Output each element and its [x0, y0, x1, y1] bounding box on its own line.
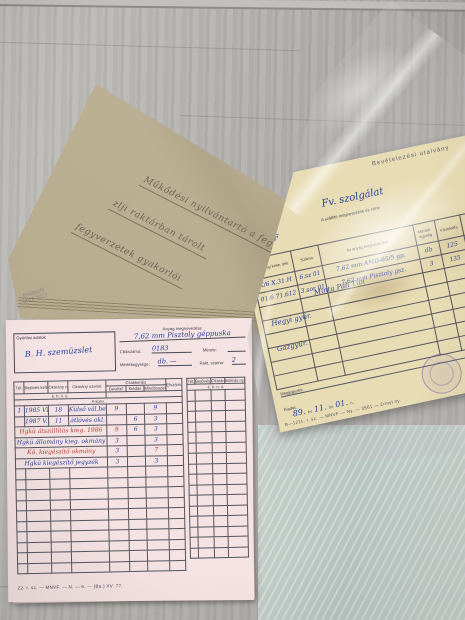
pink-form-header: Anyag megnevezése 7,62 mm Pisztoly géppu… [119, 325, 246, 368]
cell [190, 516, 198, 527]
cell [128, 498, 146, 509]
cell [196, 432, 212, 443]
issuer-box-label: Gyártási adatok [16, 335, 45, 341]
cell [51, 541, 71, 552]
cell [108, 488, 128, 499]
cell: 6 [126, 414, 144, 425]
cell [169, 539, 185, 550]
cell [16, 479, 26, 490]
table-row [18, 560, 186, 574]
cell [198, 516, 214, 527]
cell [196, 421, 212, 432]
cell [212, 432, 226, 443]
cell [212, 442, 226, 453]
cell [189, 474, 197, 485]
cell [227, 484, 247, 495]
cell [168, 476, 184, 487]
cell [129, 540, 147, 551]
cell: 9 [144, 403, 166, 414]
cell [168, 465, 184, 476]
cell [214, 536, 228, 547]
cell: 1987 V.17. [25, 416, 49, 427]
pink-right-table: Tét. Bejövés kelte Okmány napló Előírás … [186, 377, 249, 559]
cell [26, 510, 50, 521]
cell [170, 560, 186, 571]
cell [189, 485, 197, 496]
cell [197, 505, 213, 516]
cell [167, 413, 183, 424]
cell [106, 414, 126, 425]
cell [72, 561, 110, 572]
cell [17, 521, 27, 532]
cell [228, 547, 248, 558]
round-stamp-inner-ring [427, 359, 455, 387]
cell [227, 473, 247, 484]
cell [127, 445, 145, 456]
cell [26, 468, 50, 479]
cell [128, 508, 146, 519]
cell [190, 537, 198, 548]
cell [195, 390, 211, 401]
cell [166, 402, 182, 413]
cell [189, 506, 197, 517]
cell [16, 500, 26, 511]
cell [213, 484, 227, 495]
col-header: Bejövés kelte [24, 381, 48, 393]
table-row [190, 547, 248, 559]
cell [226, 452, 246, 463]
code-label: Cikkszáma: [120, 349, 142, 354]
cell [108, 509, 128, 520]
cell [167, 423, 183, 434]
cell [197, 495, 213, 506]
col-header: Mindösszesen [144, 385, 166, 391]
cell [190, 527, 198, 538]
cell [16, 511, 26, 522]
cell [227, 463, 247, 474]
cell [109, 519, 129, 530]
cell [110, 561, 130, 572]
cell [214, 526, 228, 537]
cell: 9 [106, 404, 126, 415]
cell [128, 466, 146, 477]
cell [168, 497, 184, 508]
cell [50, 510, 70, 521]
cell [211, 390, 225, 401]
cell [26, 500, 50, 511]
cell [228, 536, 248, 547]
cell [108, 498, 128, 509]
cell [214, 515, 228, 526]
cell [167, 444, 183, 455]
cell: 1985 VI.24. [24, 405, 48, 416]
cell [109, 551, 129, 562]
cell [27, 531, 51, 542]
cell [225, 389, 245, 400]
cell [197, 463, 213, 474]
cell: 1 [14, 406, 24, 417]
col-header: Tét. [14, 382, 24, 394]
cell [167, 455, 183, 466]
cell [70, 498, 108, 509]
cell: 6 [127, 424, 145, 435]
cell [225, 410, 245, 421]
issuer-box: Gyártási adatok B. H. szemüzslet [13, 331, 116, 373]
cell: 3 [145, 455, 167, 466]
cell [128, 477, 146, 488]
shelf-handwriting: 2 [232, 356, 246, 365]
cell [108, 477, 128, 488]
cell [109, 530, 129, 541]
cell [108, 467, 128, 478]
cell [50, 468, 70, 479]
cell: 3 [144, 413, 166, 424]
cell [28, 563, 52, 574]
cell: 3 [145, 424, 167, 435]
cell [189, 464, 197, 475]
cell [51, 520, 71, 531]
cell [195, 400, 211, 411]
cell [70, 477, 108, 488]
cell [27, 552, 51, 563]
cell: 3 [107, 446, 127, 457]
col-header: Bejövés kelte [195, 378, 211, 384]
cell [188, 443, 196, 454]
date-day-label: n. [350, 400, 354, 406]
floor-grain-line [0, 42, 300, 51]
cell [50, 489, 70, 500]
cell [147, 518, 169, 529]
col-header: Okmány szerint [68, 380, 106, 393]
col-header: Okmány napló [211, 378, 225, 384]
cell [226, 421, 246, 432]
cell [26, 489, 50, 500]
cell [228, 526, 248, 537]
cell [190, 548, 198, 559]
cell [16, 490, 26, 501]
pink-form-footer: 22. r. sz. — MNVF. — N. — 6. — (Ba.) XV.… [18, 583, 123, 590]
cell [168, 486, 184, 497]
cell [146, 508, 168, 519]
cell [129, 529, 147, 540]
cell [146, 466, 168, 477]
col-header: Bevétel [106, 386, 126, 392]
cell [130, 561, 148, 572]
cell: 3 [107, 435, 127, 446]
cell [214, 547, 228, 558]
date-year: 89. [292, 407, 306, 418]
cell [17, 542, 27, 553]
date-day: 01. [334, 398, 348, 409]
cell [168, 507, 184, 518]
cell: 9 [107, 425, 127, 436]
pink-stock-card: Gyártási adatok B. H. szemüzslet Anyag m… [7, 320, 255, 603]
cell [70, 488, 108, 499]
cell [71, 551, 109, 562]
cell [109, 540, 129, 551]
cell [195, 411, 211, 422]
cell [70, 467, 108, 478]
shelf-label: Rakt. száma: [200, 360, 225, 366]
cell [225, 400, 245, 411]
pink-main-table: Tét. Bejövés kelte Okmány napló Okmány s… [13, 378, 186, 574]
cell [197, 484, 213, 495]
cell: 18 [48, 405, 68, 416]
cell [70, 509, 108, 520]
cell [26, 479, 50, 490]
cell [169, 528, 185, 539]
date-year-label: év [307, 409, 312, 415]
cell [146, 487, 168, 498]
cell [227, 505, 247, 516]
cell [51, 552, 71, 563]
col-header: Tét. [187, 378, 195, 384]
cell [128, 487, 146, 498]
cell [129, 550, 147, 561]
cell: Külső vál.besz. [68, 404, 106, 415]
cell [196, 453, 212, 464]
unit-label: Mértékegysége: [120, 362, 150, 368]
cell [213, 463, 227, 474]
col-header: Előírás nyilv. [225, 377, 245, 383]
cell [188, 453, 196, 464]
cell [198, 526, 214, 537]
cell [147, 539, 169, 550]
cell [127, 435, 145, 446]
cell [187, 401, 195, 412]
cell [188, 422, 196, 433]
cell [16, 469, 26, 480]
cell [187, 390, 195, 401]
cell [71, 530, 109, 541]
cell [189, 495, 197, 506]
cell [169, 549, 185, 560]
voucher-title: Bevételezési utalvány [337, 138, 465, 175]
cell: 3 [107, 456, 127, 467]
cell [226, 442, 246, 453]
cell [51, 531, 71, 542]
cell [147, 550, 169, 561]
cell: átlövés okl. [69, 415, 107, 426]
cell [15, 416, 25, 427]
cell [198, 547, 214, 558]
cell [71, 540, 109, 551]
size-blank [228, 351, 246, 352]
cell [213, 505, 227, 516]
cell [213, 473, 227, 484]
cell [187, 411, 195, 422]
cell [196, 442, 212, 453]
cell [211, 400, 225, 411]
cell [167, 434, 183, 445]
cell [126, 403, 144, 414]
cell [197, 474, 213, 485]
size-label: Mérete: [203, 347, 217, 352]
cell [148, 560, 170, 571]
cell [213, 494, 227, 505]
cell: 7 [145, 445, 167, 456]
col-header: Kiadás [126, 385, 144, 391]
cell [198, 537, 214, 548]
cell [17, 553, 27, 564]
cell [212, 453, 226, 464]
cell [50, 499, 70, 510]
unit-handwriting: db. — [158, 357, 192, 367]
cell: 11 [49, 415, 69, 426]
cell [169, 518, 185, 529]
cell [146, 476, 168, 487]
cell [211, 411, 225, 422]
cell [50, 478, 70, 489]
col-header: Elszámolás [166, 378, 182, 390]
cell [228, 515, 248, 526]
date-month: 11. [313, 402, 327, 413]
cell [27, 521, 51, 532]
cell [27, 542, 51, 553]
cell [17, 532, 27, 543]
cell [227, 494, 247, 505]
cell [212, 421, 226, 432]
col-header: Okmány napló [48, 381, 68, 393]
cell [437, 337, 461, 355]
cell [127, 456, 145, 467]
issuer-handwriting: B. H. szemüzslet [24, 345, 92, 359]
cell [226, 431, 246, 442]
cell [188, 432, 196, 443]
cell [18, 563, 28, 574]
date-month-label: hó [328, 404, 334, 410]
cell [147, 529, 169, 540]
cell [129, 519, 147, 530]
cell: 3 [145, 434, 167, 445]
cell [146, 497, 168, 508]
cell [52, 562, 72, 573]
code-handwriting: 0183 [152, 344, 192, 354]
